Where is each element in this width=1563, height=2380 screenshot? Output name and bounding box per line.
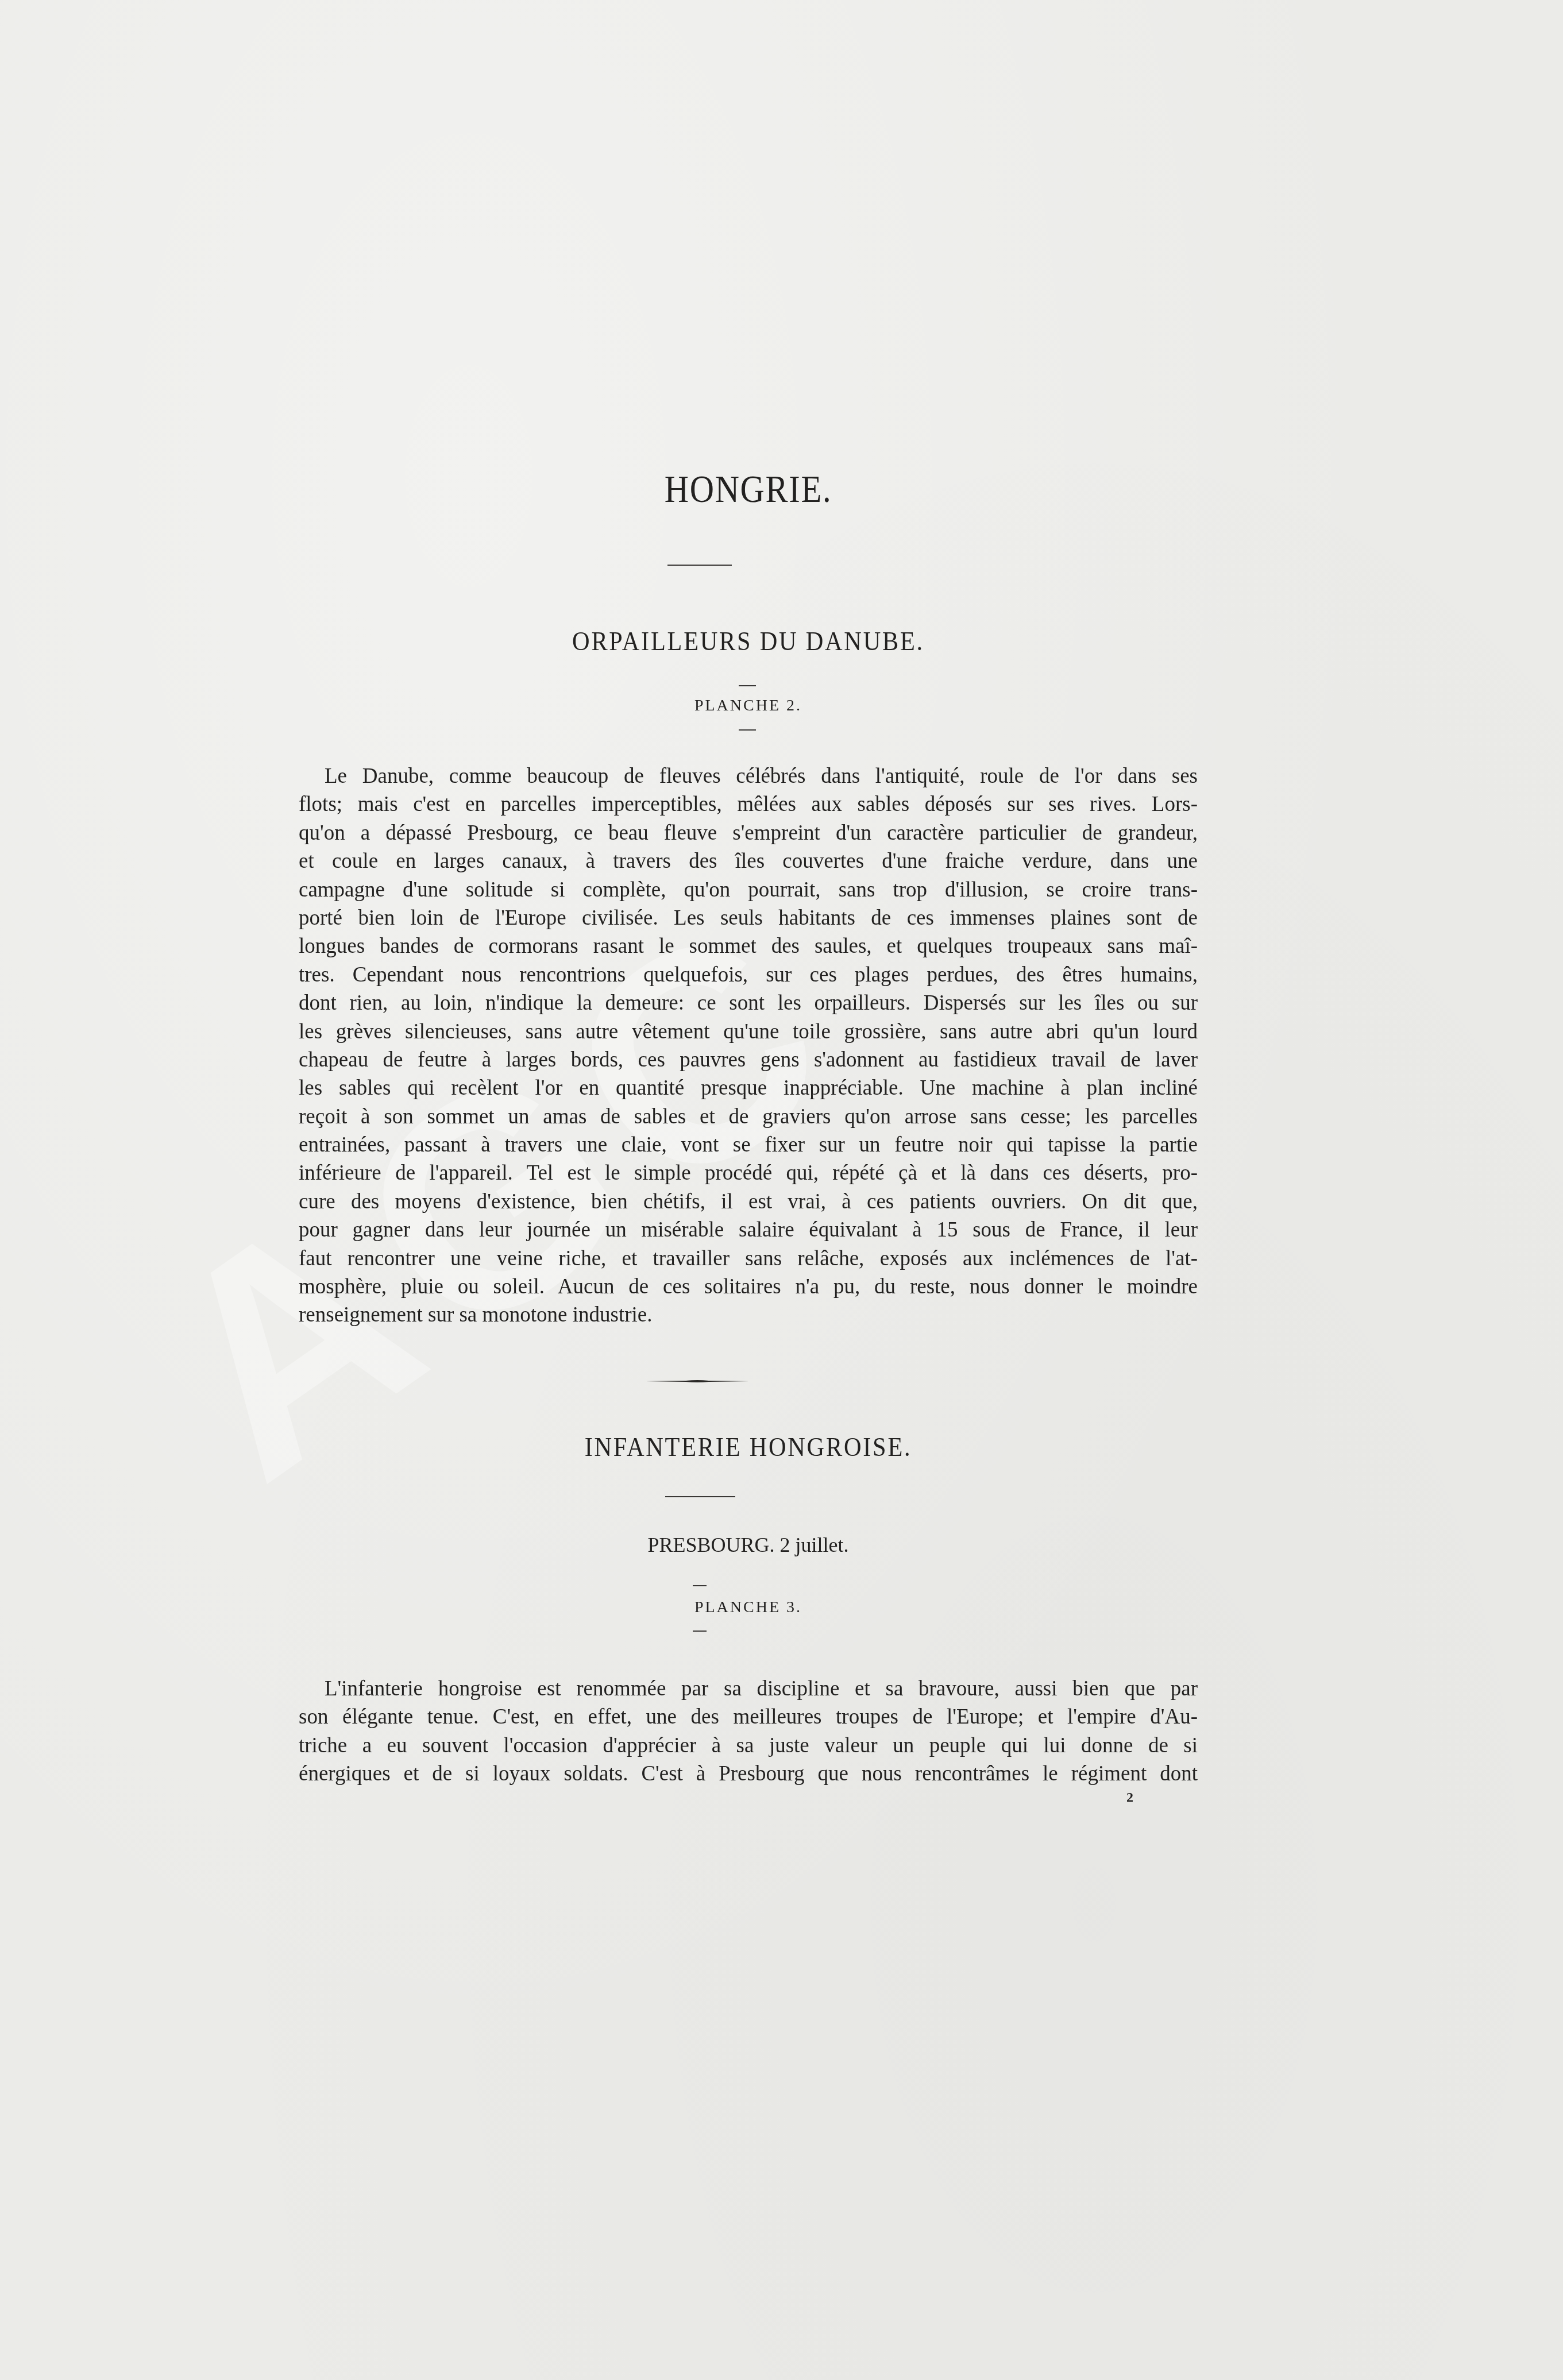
text-line: renseignement sur sa monotone industrie. [299,1301,1198,1329]
text-line: flots; mais c'est en parcelles impercept… [299,790,1198,818]
text-line: reçoit à son sommet un amas de sables et… [299,1103,1198,1131]
text-line: et coule en larges canaux, à travers des… [299,847,1198,875]
text-line: les grèves silencieuses, sans autre vête… [299,1018,1198,1046]
text-line: triche a eu souvent l'occasion d'appréci… [299,1732,1198,1760]
section-divider-ornament [646,1380,749,1383]
paragraph-orpailleurs: Le Danube, comme beaucoup de fleuves cél… [299,762,1198,1330]
plate-rule-bottom [739,729,756,731]
text-line: longues bandes de cormorans rasant le so… [299,932,1198,960]
paragraph-infanterie: L'infanterie hongroise est renommée par … [299,1675,1198,1788]
text-line: campagne d'une solitude si complète, qu'… [299,876,1198,904]
text-line: cure des moyens d'existence, bien chétif… [299,1188,1198,1216]
section-title-infanterie: INFANTERIE HONGROISE. [335,1432,1162,1462]
plate-label-2: PLANCHE 2. [299,697,1198,715]
text-line: Le Danube, comme beaucoup de fleuves cél… [299,762,1198,790]
text-line: porté bien loin de l'Europe civilisée. L… [299,904,1198,932]
text-line: les sables qui recèlent l'or en quantité… [299,1074,1198,1102]
title-rule [667,565,732,566]
plate-rule-top-2 [693,1585,707,1586]
dateline: PRESBOURG. 2 juillet. [299,1533,1198,1557]
text-line: énergiques et de si loyaux soldats. C'es… [299,1760,1198,1788]
plate-rule-bottom-2 [693,1631,707,1632]
section-title-orpailleurs: ORPAILLEURS DU DANUBE. [335,626,1162,656]
plate-rule-top [739,685,756,686]
text-line: L'infanterie hongroise est renommée par … [299,1675,1198,1703]
plate-label-3: PLANCHE 3. [299,1598,1198,1617]
country-title: HONGRIE. [362,466,1135,512]
text-line: tres. Cependant nous rencontrions quelqu… [299,961,1198,989]
page-number: 2 [1126,1790,1133,1806]
text-line: mosphère, pluie ou soleil. Aucun de ces … [299,1273,1198,1301]
text-line: son élégante tenue. C'est, en effet, une… [299,1703,1198,1731]
text-line: chapeau de feutre à larges bords, ces pa… [299,1046,1198,1074]
text-line: dont rien, au loin, n'indique la demeure… [299,989,1198,1017]
text-line: entrainées, passant à travers une claie,… [299,1131,1198,1159]
text-line: faut rencontrer une veine riche, et trav… [299,1245,1198,1273]
text-line: pour gagner dans leur journée un misérab… [299,1216,1198,1244]
text-line: qu'on a dépassé Presbourg, ce beau fleuv… [299,819,1198,847]
text-line: inférieure de l'appareil. Tel est le sim… [299,1159,1198,1187]
title-rule-2 [665,1496,735,1497]
